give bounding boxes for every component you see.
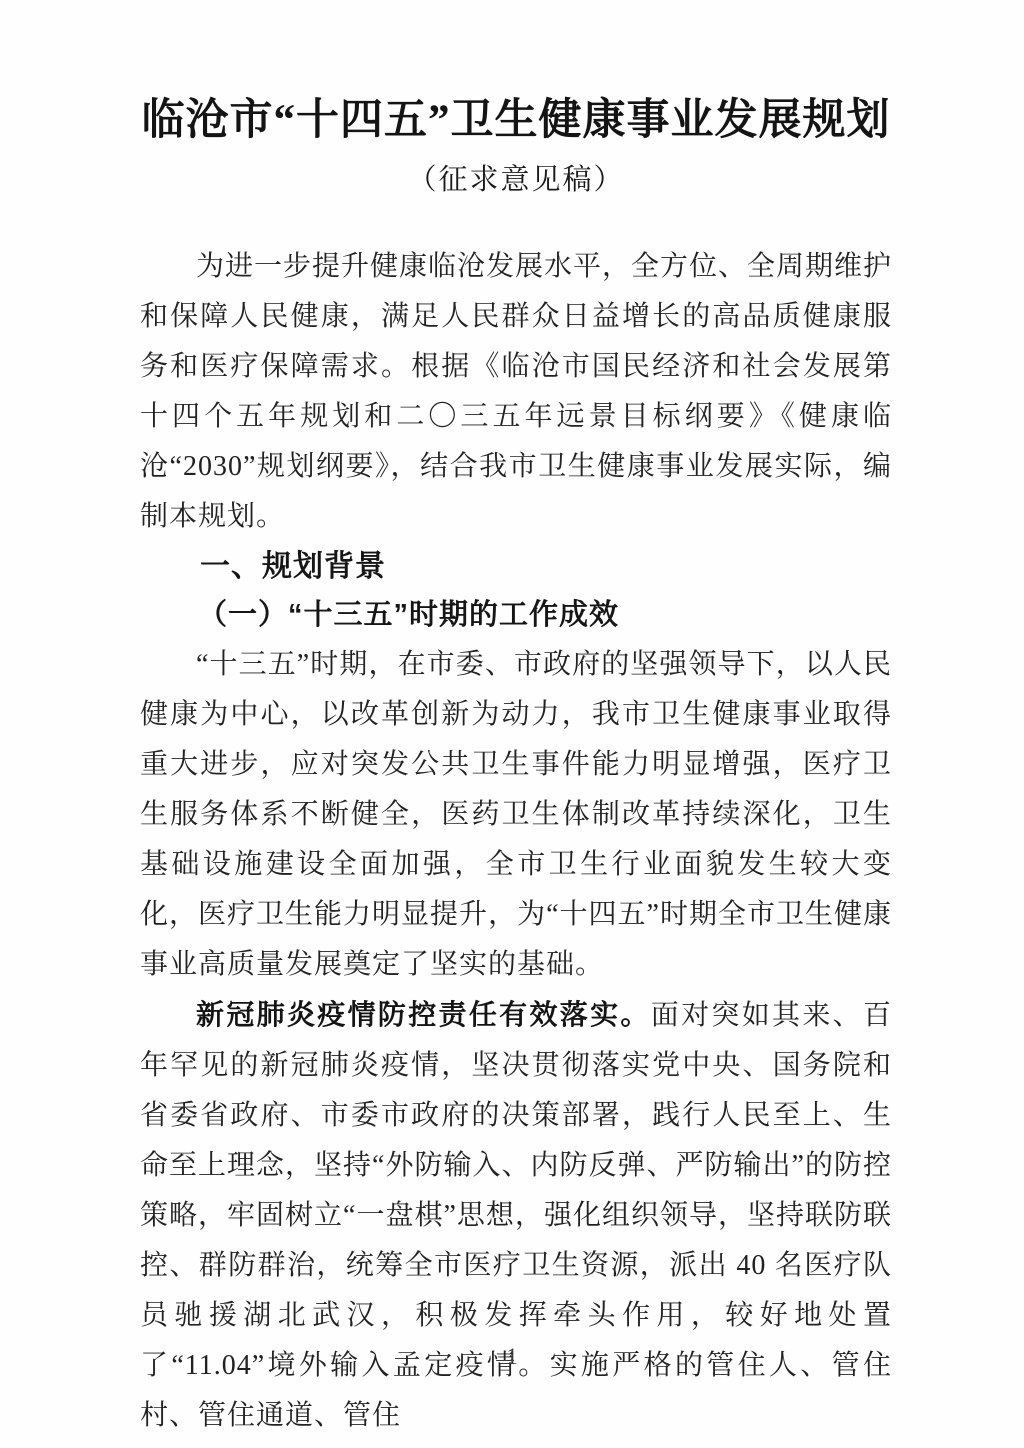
document-subtitle: （征求意见稿）: [140, 158, 892, 202]
document-body: 为进一步提升健康临沧发展水平，全方位、全周期维护和保障人民健康，满足人民群众日益…: [140, 242, 892, 1441]
page-number: 1: [0, 1344, 1024, 1370]
paragraph-covid: 新冠肺炎疫情防控责任有效落实。面对突如其来、百年罕见的新冠肺炎疫情，坚决贯彻落实…: [140, 990, 892, 1441]
section-heading: 一、规划背景: [140, 542, 892, 591]
paragraph-covid-lead: 新冠肺炎疫情防控责任有效落实。: [196, 999, 651, 1030]
paragraph-thirteenth-five: “十三五”时期，在市委、市政府的坚强领导下，以人民健康为中心，以改革创新为动力，…: [140, 640, 892, 990]
paragraph-intro: 为进一步提升健康临沧发展水平，全方位、全周期维护和保障人民健康，满足人民群众日益…: [140, 242, 892, 542]
document-title: 临沧市“十四五”卫生健康事业发展规划: [140, 92, 892, 150]
document-page: 临沧市“十四五”卫生健康事业发展规划 （征求意见稿） 为进一步提升健康临沧发展水…: [0, 0, 1024, 1448]
subsection-heading: （一）“十三五”时期的工作成效: [140, 591, 892, 640]
